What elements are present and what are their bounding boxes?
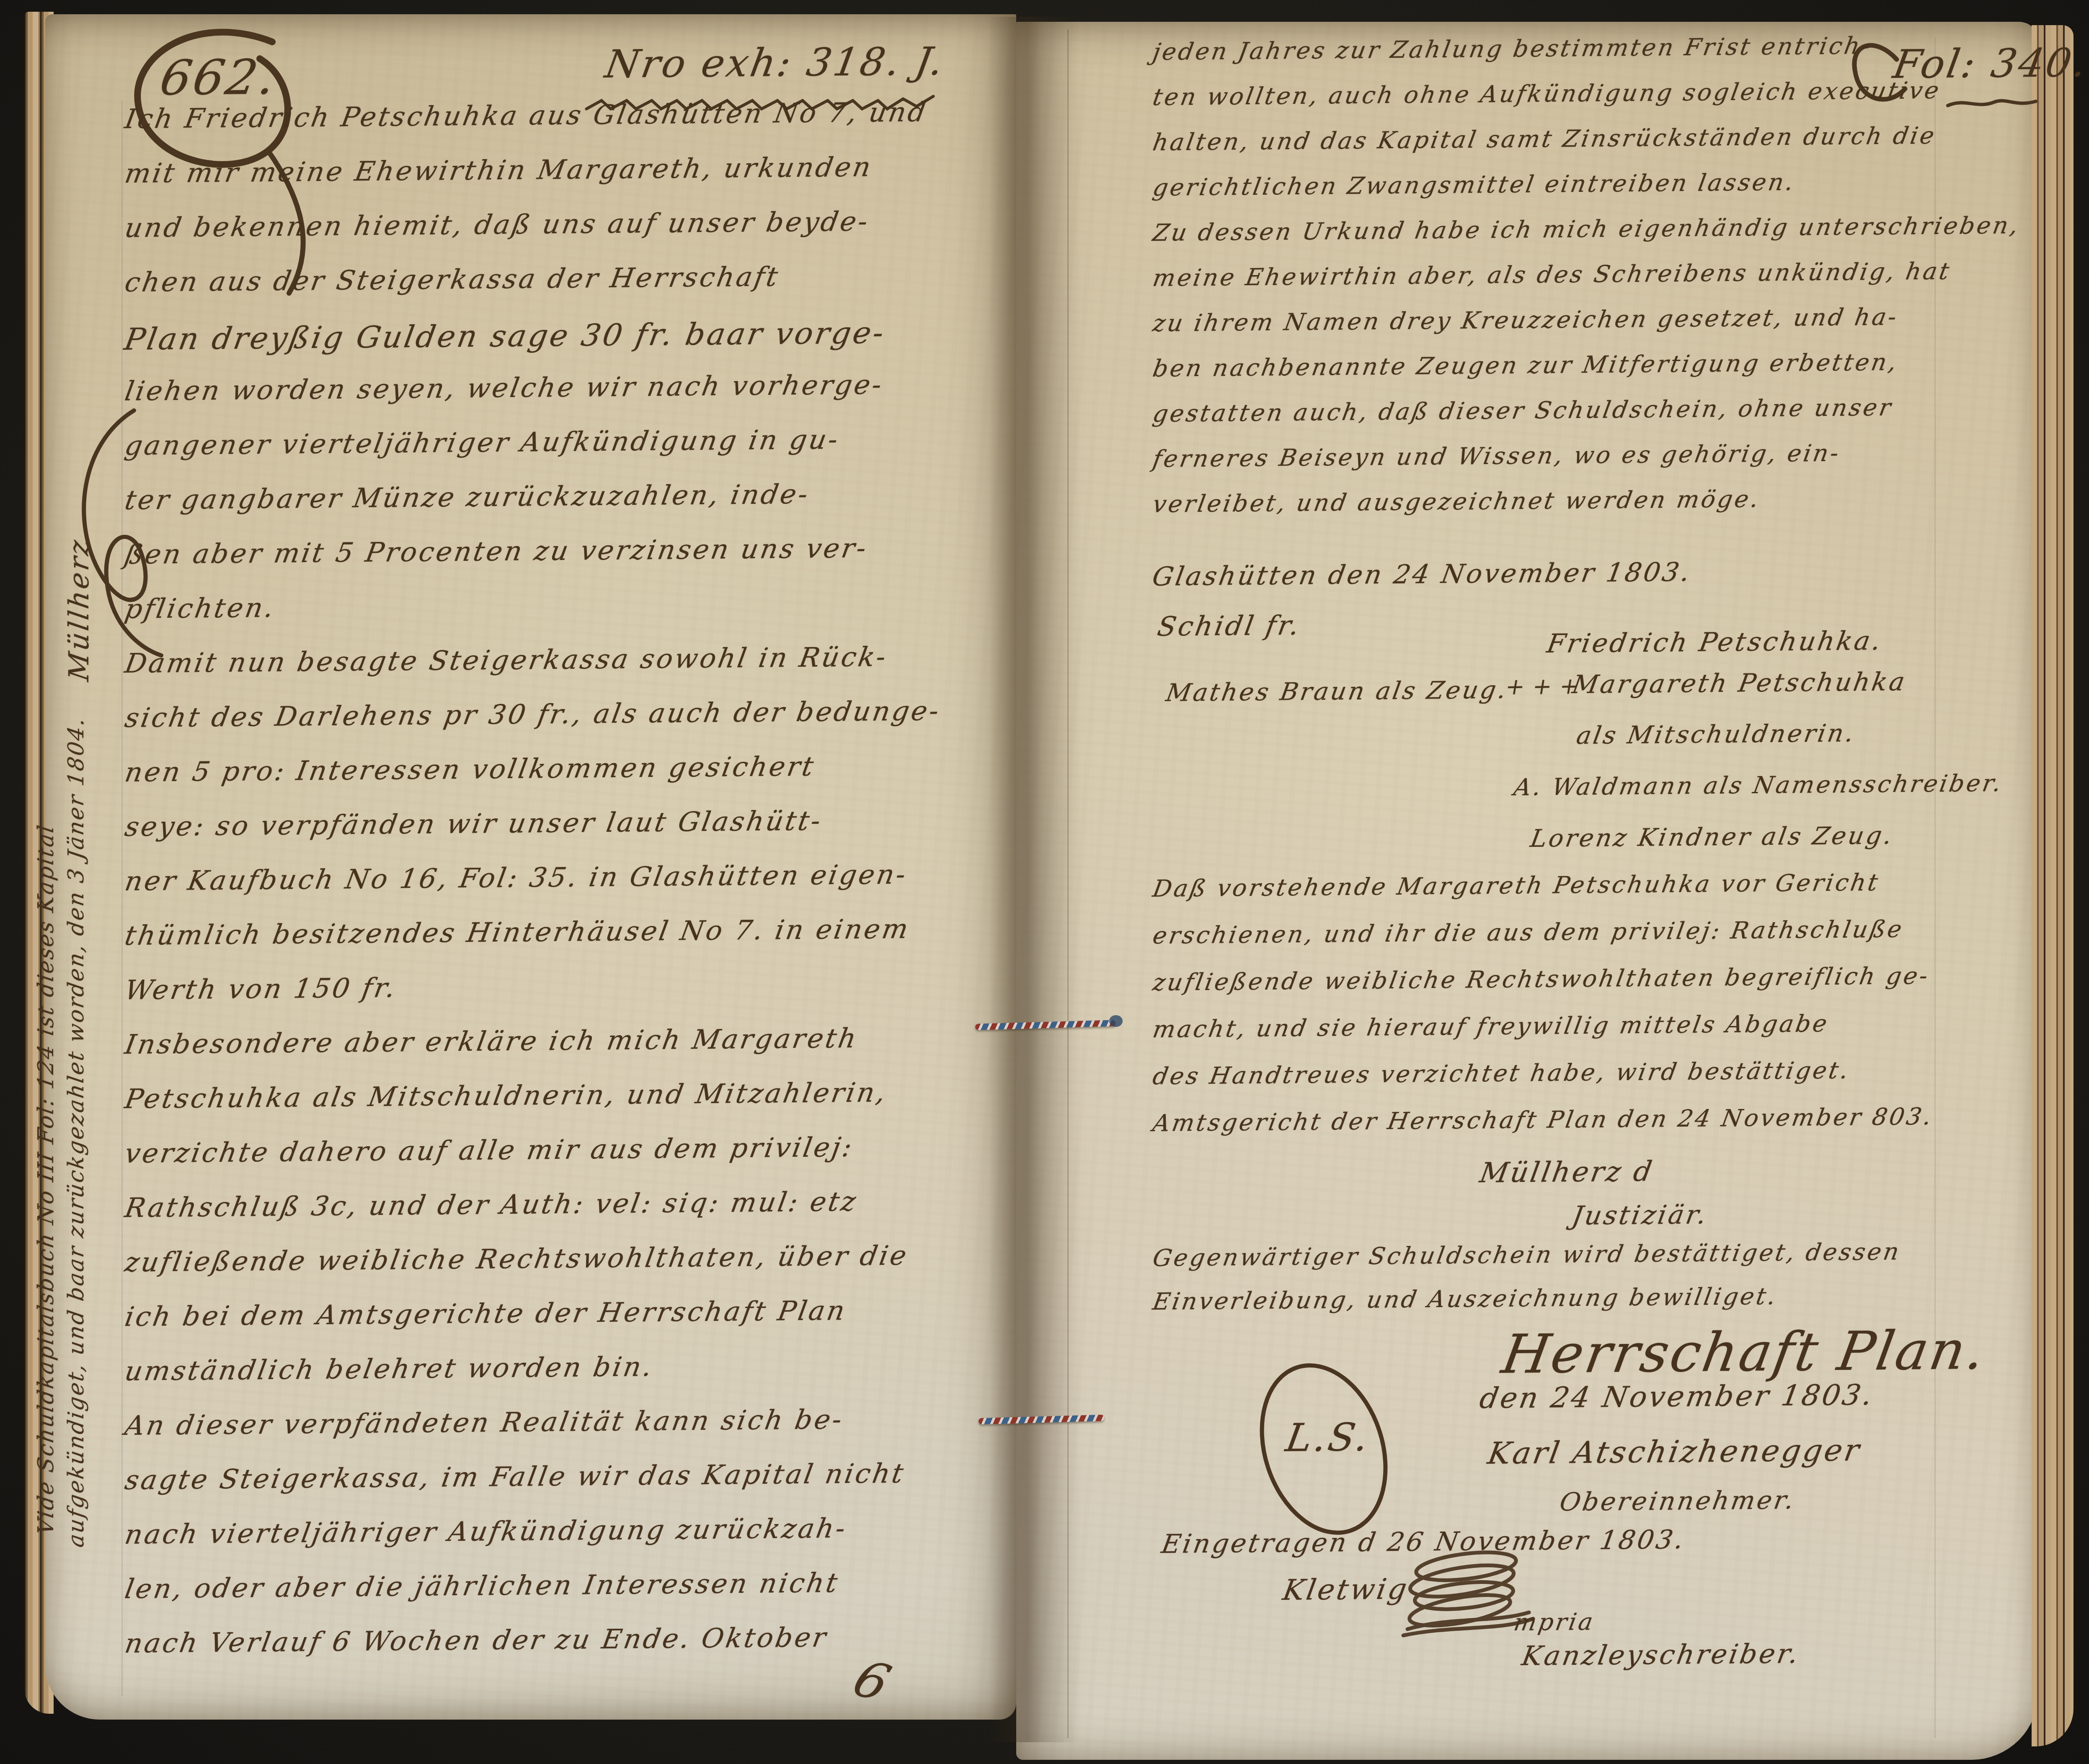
manuscript-line: ich bei dem Amtsgerichte der Herrschaft … xyxy=(123,1295,849,1333)
manuscript-line: Insbesondere aber erkläre ich mich Marga… xyxy=(123,1023,860,1060)
manuscript-line: Werth von 150 fr. xyxy=(123,972,400,1006)
manuscript-line: nach Verlauf 6 Wochen der zu Ende. Oktob… xyxy=(123,1622,830,1659)
manuscript-line: len, oder aber die jährlichen Interessen… xyxy=(123,1568,842,1605)
signature-clerk: Kletwig xyxy=(1281,1573,1411,1607)
page-corner-mark: 662. xyxy=(156,49,281,106)
manuscript-line: mit mir meine Ehewirthin Margareth, urku… xyxy=(123,152,875,189)
manuscript-line: Einverleibung, und Auszeichnung bewillig… xyxy=(1151,1283,1780,1315)
margin-note-line: Vide Schuldkapitalsbuch No III Fol: 124 … xyxy=(34,823,59,1536)
side-note: Schidl fr. xyxy=(1155,610,1304,642)
approval-dateline: den 24 November 1803. xyxy=(1477,1379,1877,1415)
margin-note-line: aufgekündiget, und baar zurückgezahlet w… xyxy=(64,715,89,1549)
signature-witness: Lorenz Kindner als Zeug. xyxy=(1529,821,1896,853)
dateline: Glashütten den 24 November 1803. xyxy=(1150,557,1694,592)
signature-justiciar: Müllherz d xyxy=(1477,1155,1656,1189)
signature-codebtor-role: als Mitschuldnerin. xyxy=(1575,719,1858,750)
manuscript-line: und bekennen hiemit, daß uns auf unser b… xyxy=(123,206,872,244)
manuscript-scan: 662. Nro exh: 318. J. Ich Friedrich Pets… xyxy=(0,0,2089,1764)
margin-paraph-icon xyxy=(50,398,176,658)
signature-cross-marks: + + + xyxy=(1503,673,1581,700)
manuscript-line: gerichtlichen Zwangsmittel eintreiben la… xyxy=(1151,169,1797,201)
manuscript-line: Rathschluß 3c, und der Auth: vel: siq: m… xyxy=(123,1186,860,1224)
ink-blot xyxy=(1109,1015,1123,1027)
manuscript-line: verzichte dahero auf alle mir aus dem pr… xyxy=(123,1132,856,1169)
manuscript-line: verleibet, und ausgezeichnet werden möge… xyxy=(1151,485,1762,518)
manuscript-line: seye: so verpfänden wir unser laut Glash… xyxy=(123,805,825,842)
authority-signature: Herrschaft Plan. xyxy=(1498,1319,1991,1386)
signature-approver: Karl Atschizhenegger xyxy=(1485,1432,1864,1471)
manuscript-line: Plan dreyßig Gulden sage 30 fr. baar vor… xyxy=(122,315,888,357)
clerk-manu-propria: mpria xyxy=(1512,1608,1597,1636)
exhibit-number-stamp: Nro exh: 318. J. xyxy=(602,39,948,87)
manuscript-line: chen aus der Steigerkassa der Herrschaft xyxy=(123,261,782,298)
manuscript-line: ßen aber mit 5 Procenten zu verzinsen un… xyxy=(123,533,870,570)
fore-edge-right xyxy=(2032,25,2074,1746)
signature-witness: Mathes Braun als Zeug. xyxy=(1164,676,1511,707)
folio-dash-icon xyxy=(1948,96,2040,113)
manuscript-line: gangener vierteljähriger Aufkündigung in… xyxy=(123,424,842,462)
manuscript-line: An dieser verpfändeten Realität kann sic… xyxy=(123,1404,846,1442)
manuscript-line: nen 5 pro: Interessen vollkommen gesiche… xyxy=(123,751,818,788)
signature-justiciar-title: Justiziär. xyxy=(1570,1199,1711,1231)
manuscript-line: umständlich belehret worden bin. xyxy=(123,1351,656,1387)
gutter-shadow xyxy=(989,17,1081,1742)
signature-namewriter: A. Waldmann als Namensschreiber. xyxy=(1512,770,2005,801)
manuscript-line: ter gangbarer Münze zurückzuzahlen, inde… xyxy=(123,479,812,516)
signature-approver-title: Obereinnehmer. xyxy=(1557,1485,1798,1517)
seal-mark: L.S. xyxy=(1283,1415,1374,1460)
manuscript-line: nach vierteljähriger Aufkündigung zurück… xyxy=(123,1513,850,1550)
signature-codebtor: Margareth Petschuhka xyxy=(1570,667,1909,699)
signature-debtor: Friedrich Petschuhka. xyxy=(1545,625,1885,659)
signature-clerk-title: Kanzleyschreiber. xyxy=(1520,1638,1802,1672)
